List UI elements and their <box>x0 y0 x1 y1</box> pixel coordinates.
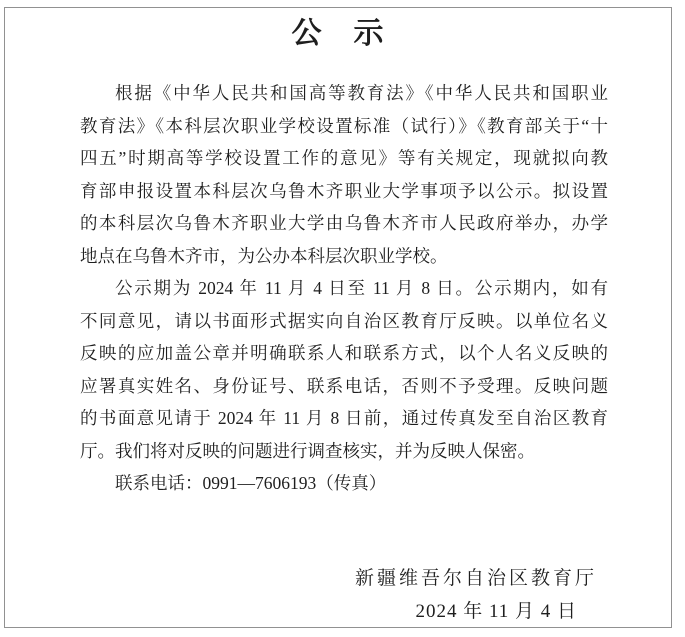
body-line: 反映的应加盖公章并明确联系人和联系方式，以个人名义反映的 <box>80 337 608 370</box>
notice-body: 根据《中华人民共和国高等教育法》《中华人民共和国职业 教育法》《本科层次职业学校… <box>80 77 608 500</box>
signature-org: 新疆维吾尔自治区教育厅 <box>355 564 597 594</box>
body-line: 应署真实姓名、身份证号、联系电话，否则不予受理。反映问题 <box>80 370 608 403</box>
body-line: 的本科层次乌鲁木齐职业大学由乌鲁木齐市人民政府举办，办学 <box>80 207 608 240</box>
body-line: 厅。我们将对反映的问题进行调查核实，并为反映人保密。 <box>80 435 608 468</box>
contact-phone-line: 联系电话：0991—7606193（传真） <box>80 467 608 500</box>
signature-date: 2024 年 11 月 4 日 <box>415 597 577 627</box>
body-line: 的书面意见请于 2024 年 11 月 8 日前，通过传真发至自治区教育 <box>80 402 608 435</box>
body-line: 公示期为 2024 年 11 月 4 日至 11 月 8 日。公示期内，如有 <box>80 272 608 305</box>
public-notice-document: 公 示 根据《中华人民共和国高等教育法》《中华人民共和国职业 教育法》《本科层次… <box>4 7 672 628</box>
body-line: 根据《中华人民共和国高等教育法》《中华人民共和国职业 <box>80 77 608 110</box>
body-line: 四五”时期高等学校设置工作的意见》等有关规定，现就拟向教 <box>80 142 608 175</box>
body-line: 地点在乌鲁木齐市，为公办本科层次职业学校。 <box>80 240 608 273</box>
body-line: 不同意见，请以书面形式据实向自治区教育厅反映。以单位名义 <box>80 305 608 338</box>
page-title: 公 示 <box>5 16 671 52</box>
body-line: 教育法》《本科层次职业学校设置标准（试行）》《教育部关于“十 <box>80 110 608 143</box>
body-line: 育部申报设置本科层次乌鲁木齐职业大学事项予以公示。拟设置 <box>80 175 608 208</box>
